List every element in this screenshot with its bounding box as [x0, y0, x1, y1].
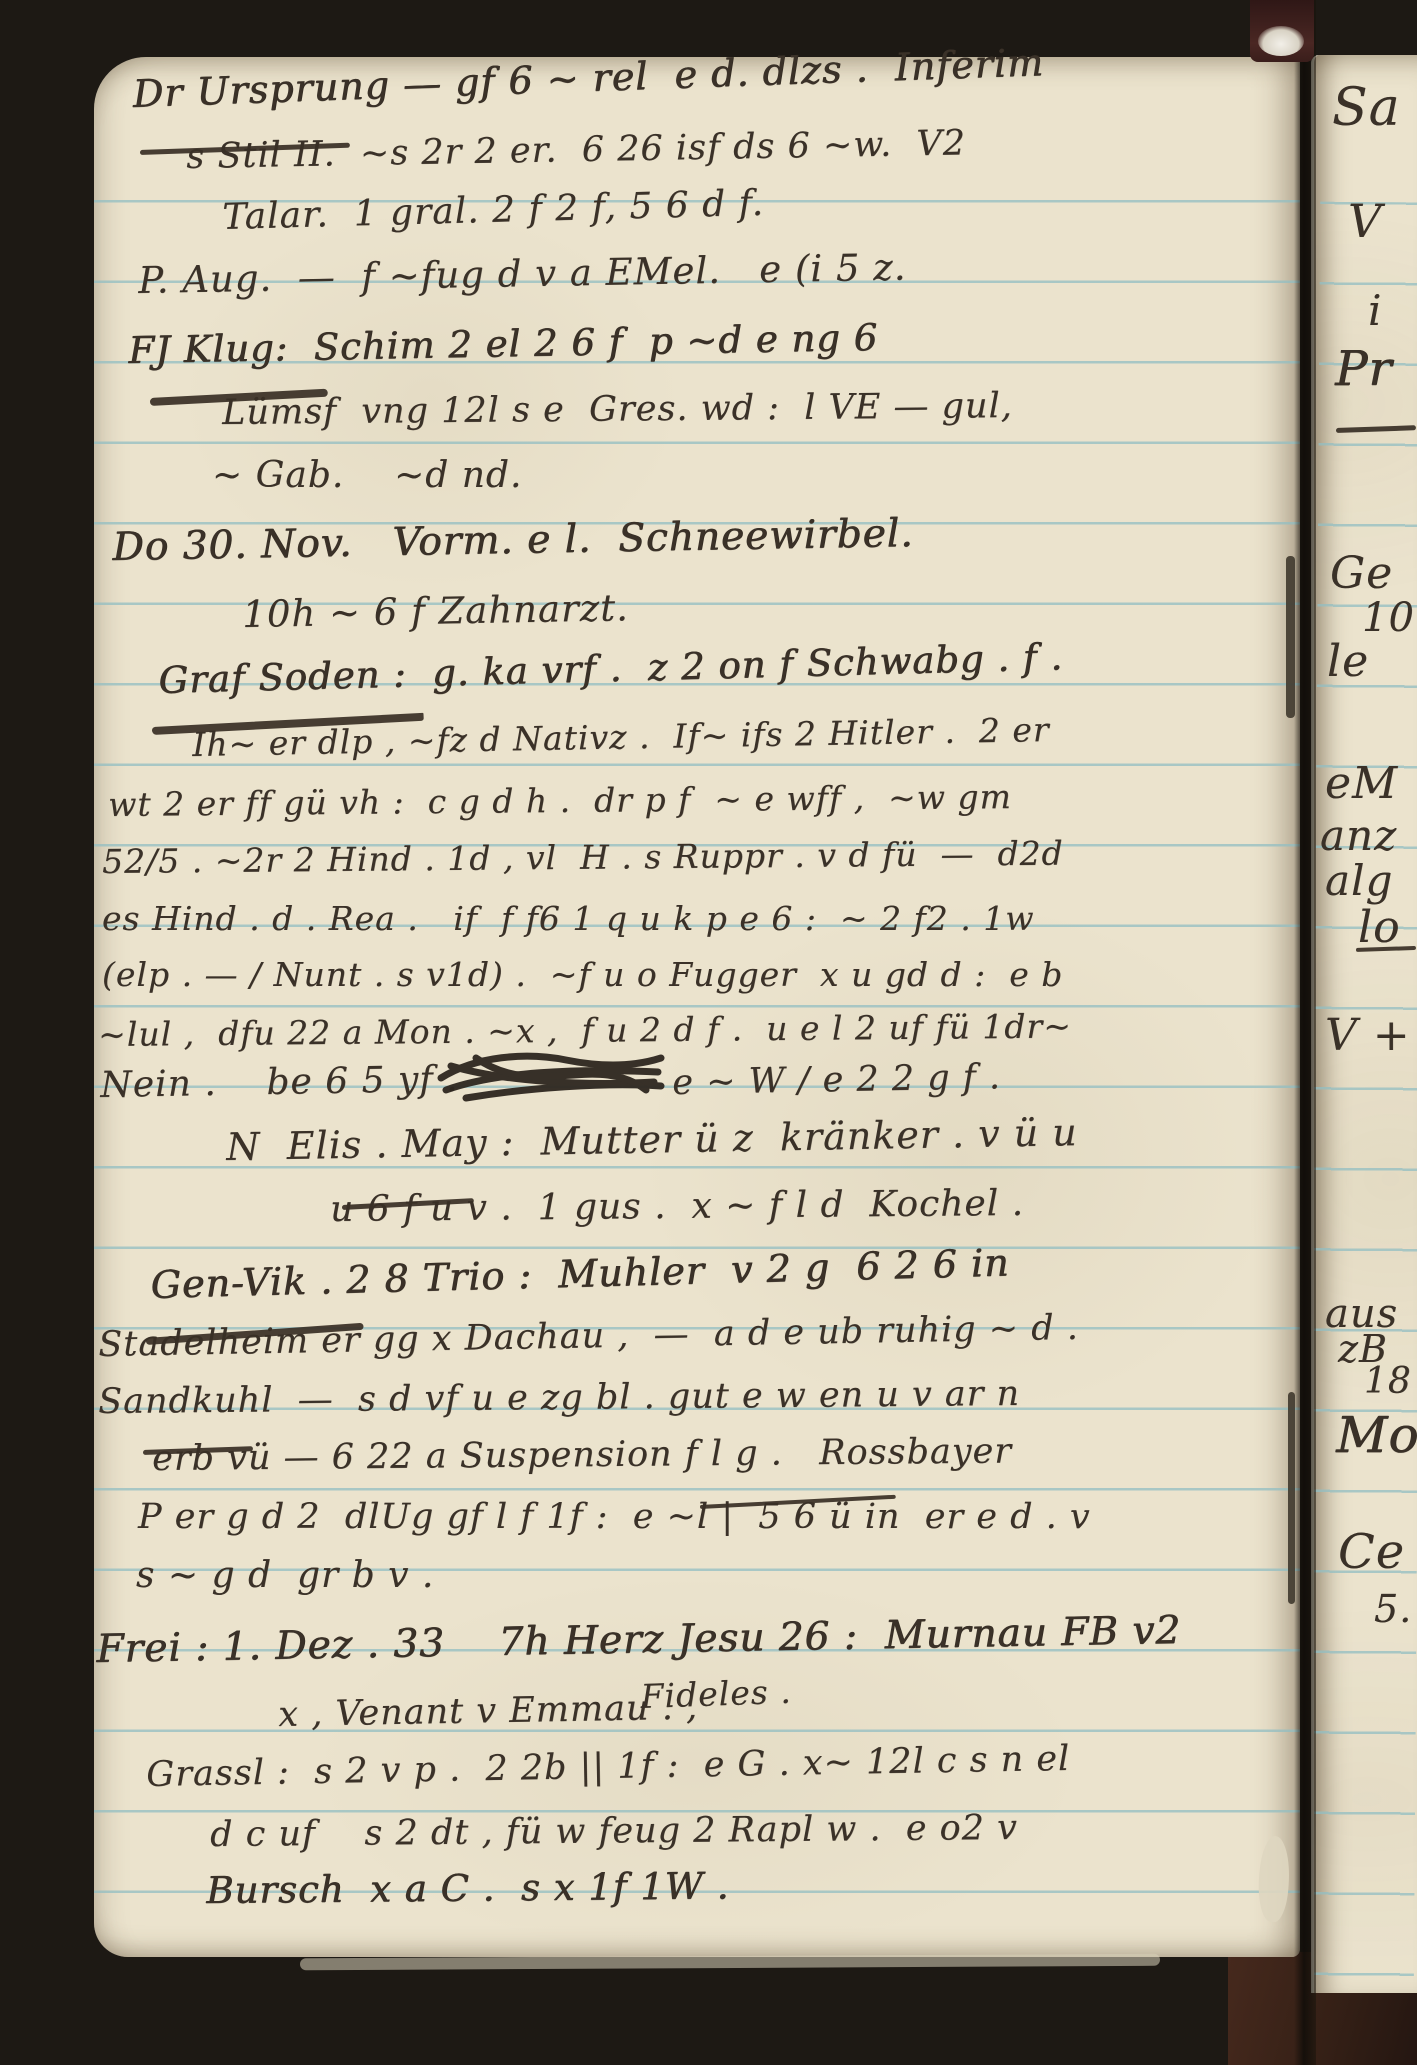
handwriting-fragment: i — [1368, 290, 1382, 332]
handwriting-line: erb vü — 6 22 a Suspension f l g . Rossb… — [152, 1434, 1012, 1477]
handwriting-fragment: Pr — [1335, 345, 1392, 393]
ruled-lines — [1311, 202, 1417, 1993]
handwriting-fragment: Ge — [1330, 552, 1393, 596]
handwriting-fragment: Mo — [1336, 1410, 1417, 1460]
gutter-shadow — [1294, 0, 1316, 2065]
handwriting-line: d c uf s 2 dt , fü w feug 2 Rapl w . e o… — [210, 1811, 1018, 1853]
handwriting-line: Nein . be 6 5 yf . — [100, 1062, 459, 1104]
handwriting-fragment: V — [1348, 198, 1382, 244]
handwriting-fragment: le — [1327, 640, 1369, 684]
handwriting-fragment: lo — [1358, 906, 1401, 950]
gutter-crease — [1288, 1392, 1295, 1604]
handwriting-line: e ~ W / e 2 2 g f . — [672, 1060, 1001, 1101]
handwriting-line: ~ Gab. ~d nd. — [212, 458, 522, 494]
handwriting-fragment: Ce — [1338, 1528, 1405, 1576]
handwriting-line: 10h ~ 6 f Zahnarzt. — [242, 589, 629, 633]
handwriting-fragment: 5. — [1374, 1590, 1412, 1628]
scribble-strikethrough — [436, 1038, 666, 1110]
handwriting-line: Fideles . — [640, 1675, 792, 1713]
gutter-crease — [1286, 556, 1295, 718]
handwriting-fragment: Sa — [1332, 82, 1401, 134]
handwriting-fragment: 10 — [1362, 598, 1415, 638]
handwriting-line: Bursch x a C . s x 1f 1W . — [206, 1867, 729, 1909]
handwriting-line: u 6 f u v . 1 gus . x ~ f l d Kochel . — [330, 1186, 1024, 1228]
handwriting-fragment: alg — [1325, 860, 1393, 902]
handwriting-line: s ~ g d gr b v . — [136, 1558, 434, 1594]
handwriting-fragment: eM — [1325, 762, 1398, 806]
ribbon-glint — [1258, 26, 1304, 56]
handwriting-line: (elp . — / Nunt . s v1d) . ~f u o Fugger… — [102, 958, 1063, 991]
notebook-scan: { "document": { "kind": "Handwritten dia… — [0, 0, 1417, 2065]
handwriting-line: x , Venant v Emmau . , — [278, 1691, 698, 1733]
handwriting-line: Sandkuhl — s d vf u e zg bl . gut e w en… — [98, 1377, 1020, 1420]
handwriting-fragment: 18 — [1364, 1364, 1412, 1400]
handwriting-line: Lümsf vng 12l s e Gres. wd : l VE — gul, — [222, 389, 1013, 431]
handwriting-line: 52/5 . ~2r 2 Hind . 1d , vl H . s Ruppr … — [102, 837, 1064, 878]
handwriting-line: P er g d 2 dlUg gf l f 1f : e ~l | 5 6 ü… — [138, 1500, 1091, 1535]
handwriting-line: es Hind . d . Rea . if f f6 1 q u k p e … — [102, 902, 1034, 935]
handwriting-fragment: anz — [1320, 815, 1397, 857]
handwriting-line: wt 2 er ff gü vh : c g d h . dr p f ~ e … — [108, 780, 1012, 821]
handwriting-fragment: V + — [1325, 1014, 1411, 1058]
bookmark-ribbon — [1250, 0, 1314, 62]
